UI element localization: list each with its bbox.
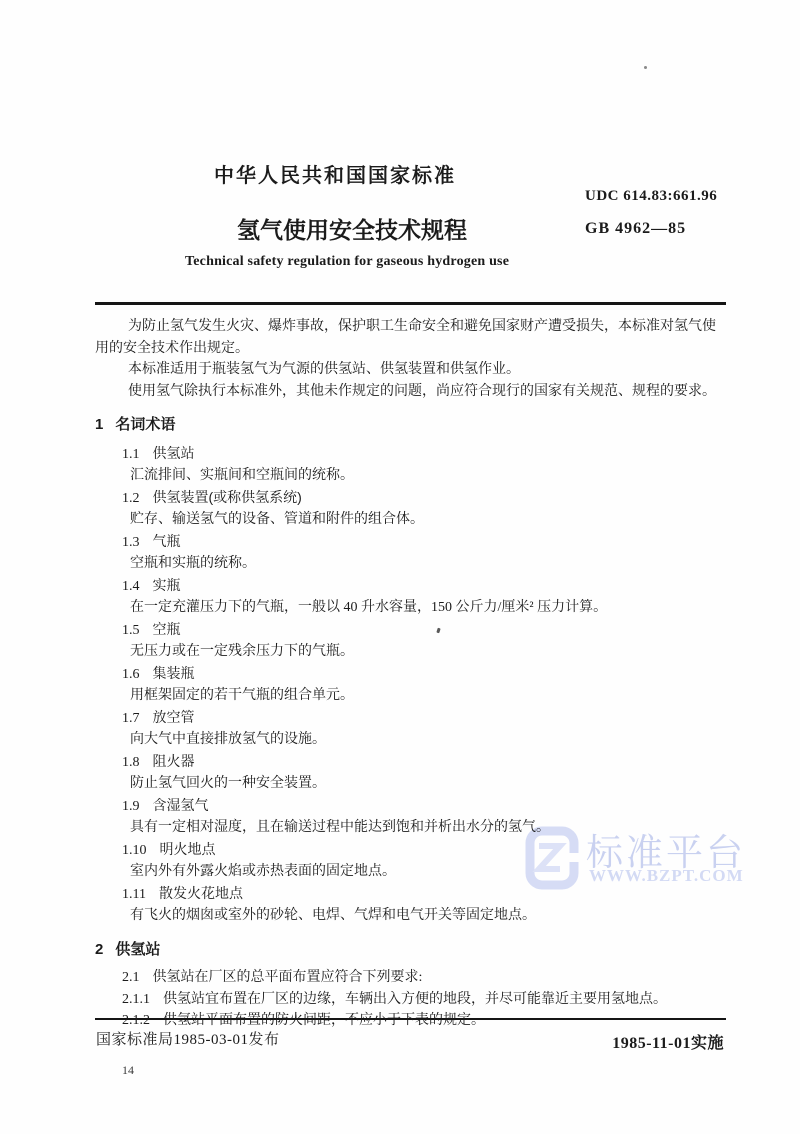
document-page: 中华人民共和国国家标准 UDC 614.83:661.96 氢气使用安全技术规程… — [0, 0, 800, 1134]
term-heading: 1.2供氢装置(或称供氢系统) — [95, 487, 728, 510]
term-name: 含湿氢气 — [153, 797, 209, 813]
term-name: 集装瓶 — [153, 665, 195, 681]
standard-number: GB 4962—85 — [585, 220, 686, 238]
term-definition: 空瓶和实瓶的统称。 — [95, 553, 728, 575]
clause: 2.1.1供氢站宜布置在厂区的边缘，车辆出入方便的地段，并尽可能靠近主要用氢地点… — [95, 989, 728, 1011]
term-number: 1.4 — [122, 579, 140, 594]
term-name: 散发火花地点 — [159, 885, 243, 901]
clause-text: 供氢站平面布置的防火间距，不应小于下表的规定。 — [163, 1013, 485, 1028]
term-name: 明火地点 — [160, 841, 216, 857]
term-name: 空瓶 — [153, 621, 181, 637]
term-definition: 防止氢气回火的一种安全装置。 — [95, 773, 728, 795]
term-number: 1.7 — [122, 711, 140, 726]
term-definition: 在一定充灌压力下的气瓶，一般以 40 升水容量，150 公斤力/厘米² 压力计算… — [95, 597, 728, 619]
term-name: 供氢站 — [153, 445, 195, 461]
clause: 2.1供氢站在厂区的总平面布置应符合下列要求: — [95, 967, 728, 989]
term-heading: 1.1供氢站 — [95, 443, 728, 466]
standard-name-en: Technical safety regulation for gaseous … — [185, 254, 509, 270]
clause-text: 供氢站宜布置在厂区的边缘，车辆出入方便的地段，并尽可能靠近主要用氢地点。 — [163, 992, 667, 1007]
header-divider — [95, 302, 726, 305]
term-name: 阻火器 — [153, 753, 195, 769]
foreword-paragraph: 为防止氢气发生火灾、爆炸事故，保护职工生命安全和避免国家财产遭受损失，本标准对氢… — [95, 316, 728, 359]
term-number: 1.3 — [122, 535, 140, 550]
term-heading: 1.10明火地点 — [95, 839, 728, 862]
term-name: 供氢装置(或称供氢系统) — [153, 489, 302, 505]
term-definition: 有飞火的烟囱或室外的砂轮、电焊、气焊和电气开关等固定地点。 — [95, 905, 728, 927]
udc-number: UDC 614.83:661.96 — [585, 188, 717, 205]
term-number: 1.9 — [122, 799, 140, 814]
term-number: 1.6 — [122, 667, 140, 682]
clause-number: 2.1.2 — [122, 1013, 150, 1028]
term-heading: 1.8阻火器 — [95, 751, 728, 774]
term-heading: 1.9含湿氢气 — [95, 795, 728, 818]
clause: 2.1.2供氢站平面布置的防火间距，不应小于下表的规定。 — [95, 1010, 728, 1032]
term-number: 1.1 — [122, 447, 140, 462]
term-definition: 汇流排间、实瓶间和空瓶间的统称。 — [95, 465, 728, 487]
term-definition: 向大气中直接排放氢气的设施。 — [95, 729, 728, 751]
term-number: 1.2 — [122, 491, 140, 506]
term-definition: 具有一定相对湿度，且在输送过程中能达到饱和并析出水分的氢气。 — [95, 817, 728, 839]
clause-number: 2.1 — [122, 970, 140, 985]
clause-number: 2.1.1 — [122, 992, 150, 1007]
national-standard-title: 中华人民共和国国家标准 — [214, 159, 456, 188]
document-body: 为防止氢气发生火灾、爆炸事故，保护职工生命安全和避免国家财产遭受损失，本标准对氢… — [95, 316, 728, 1032]
term-definition: 用框架固定的若干气瓶的组合单元。 — [95, 685, 728, 707]
section-title: 供氢站 — [115, 941, 160, 958]
term-definition: 贮存、输送氢气的设备、管道和附件的组合体。 — [95, 509, 728, 531]
section-2-heading: 2供氢站 — [95, 939, 728, 961]
section-number: 1 — [95, 416, 103, 433]
foreword-paragraph: 本标准适用于瓶装氢气为气源的供氢站、供氢装置和供氢作业。 — [95, 359, 728, 381]
section-number: 2 — [95, 941, 103, 958]
term-name: 放空管 — [153, 709, 195, 725]
term-number: 1.11 — [122, 887, 146, 902]
foreword-paragraph: 使用氢气除执行本标准外，其他未作规定的问题，尚应符合现行的国家有关规范、规程的要… — [95, 381, 728, 403]
term-heading: 1.7放空管 — [95, 707, 728, 730]
term-heading: 1.6集装瓶 — [95, 663, 728, 686]
term-definition: 无压力或在一定残余压力下的气瓶。 — [95, 641, 728, 663]
term-heading: 1.11散发火花地点 — [95, 883, 728, 906]
clause-text: 供氢站在厂区的总平面布置应符合下列要求: — [153, 970, 423, 985]
standard-name-cn: 氢气使用安全技术规程 — [237, 212, 467, 245]
section-title: 名词术语 — [115, 416, 175, 433]
scan-speck — [644, 66, 647, 69]
term-heading: 1.5空瓶 — [95, 619, 728, 642]
term-number: 1.10 — [122, 843, 147, 858]
page-number: 14 — [122, 1063, 134, 1078]
effective-date: 1985-11-01实施 — [612, 1030, 724, 1053]
term-heading: 1.4实瓶 — [95, 575, 728, 598]
term-heading: 1.3气瓶 — [95, 531, 728, 554]
term-name: 气瓶 — [153, 533, 181, 549]
term-number: 1.8 — [122, 755, 140, 770]
term-definition: 室内外有外露火焰或赤热表面的固定地点。 — [95, 861, 728, 883]
term-number: 1.5 — [122, 623, 140, 638]
term-name: 实瓶 — [153, 577, 181, 593]
section-1-heading: 1名词术语 — [95, 414, 728, 436]
